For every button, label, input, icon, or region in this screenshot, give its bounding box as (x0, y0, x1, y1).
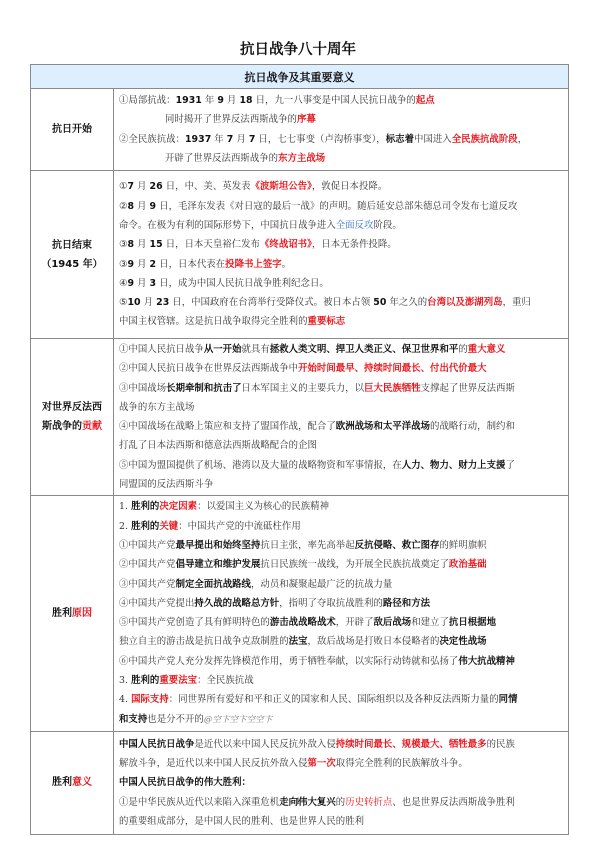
text-run: 月 (224, 95, 240, 106)
text-run: ，开辟了 (336, 617, 374, 628)
content-line: 打乱了日本法西斯和德意法西斯战略配合的企图 (119, 436, 564, 455)
text-run: 月 (134, 181, 150, 192)
row-content: ①7 月 26 日，中、美、英发表《波斯坦公告》，敦促日本投降。②8 月 9 日… (114, 171, 569, 339)
text-run: 1. (119, 501, 131, 512)
content-line: 1. 胜利的决定因素：以爱国主义为核心的民族精神 (119, 497, 564, 516)
text-run: 年 (211, 134, 227, 145)
content-line: ②中国共产党倡导建立和维护发展抗日民族统一战线，为开展全民族抗战奠定了政治基础 (119, 555, 564, 574)
content-line: ④中国共产党提出持久战的战略总方针，指明了夺取抗战胜利的路径和方法 (119, 594, 564, 613)
content-line: 中国人民抗日战争是近代以来中国人民反抗外敌入侵持续时间最长、规模最大、牺牲最多的… (119, 735, 564, 754)
content-line: ①7 月 26 日，中、美、英发表《波斯坦公告》，敦促日本投降。 (119, 177, 564, 196)
table-header: 抗日战争及其重要意义 (31, 65, 569, 89)
bold-text: 欧洲战场和太平洋战场 (336, 421, 430, 432)
text-run: 斯战争的 (42, 421, 82, 432)
row-label-text: 抗日结束 (31, 236, 113, 255)
highlight-text: 东方主战场 (278, 153, 325, 164)
content-line: 开辟了世界反法西斯战争的东方主战场 (119, 149, 564, 168)
text-run: 同时揭开了世界反法西斯战争的 (165, 114, 297, 125)
text-run: 解放斗争，是近代以来中国人民反抗外敌入侵 (119, 758, 308, 769)
text-run: 阶段。 (373, 220, 401, 231)
text-run: 的 (458, 344, 467, 355)
text-run: 的重要组成部分，是中国人民的胜利、也是世界人民的胜利 (119, 816, 364, 827)
bold-text: 标志着 (386, 134, 414, 145)
highlight-text: 巨大民族牺牲 (364, 383, 421, 394)
highlight-text: 全民族抗战阶段 (452, 134, 518, 145)
content-line: 命令。在极为有利的国际形势下，中国抗日战争进入全面反攻阶段。 (119, 216, 564, 235)
text-run: 胜利 (52, 777, 72, 788)
text-run: @空卞空卞空空卞 (204, 715, 272, 725)
text-run: 取得完全胜利的民族解放斗争。 (336, 758, 468, 769)
highlight-text: 重要法宝 (159, 675, 197, 686)
table-row-world-contribution: 对世界反法西 斯战争的贡献 ①中国人民抗日战争从一开始就具有拯救人类文明、捍卫人… (31, 339, 569, 496)
bold-text: 同情 (499, 694, 518, 705)
highlight-text: 意义 (72, 777, 92, 788)
text-run: ：中国共产党的中流砥柱作用 (178, 521, 301, 532)
highlight-text: 投降书上签字 (225, 259, 282, 270)
highlight-text: 第一次 (308, 758, 336, 769)
text-run: 也是分不开的 (147, 714, 204, 725)
bold-text: 23 (156, 297, 169, 308)
text-run: 战争的东方主战场 (119, 402, 194, 413)
text-run: 日，日本天皇裕仁发布 (163, 239, 260, 250)
bold-text: 拯救人类文明、捍卫人类正义、保卫世界和平 (270, 344, 459, 355)
text-run: ，日本无条件投降。 (312, 239, 397, 250)
text-run: 日，九一八事变是中国人民抗日战争的 (253, 95, 416, 106)
bold-text: 游击战战略战术 (270, 617, 336, 628)
text-run: 的鲜明旗帜 (439, 540, 486, 551)
row-label: 抗日结束 （1945 年） (31, 171, 114, 339)
text-run: 日本军国主义的主要兵力，以 (242, 383, 365, 394)
text-run: 全面反攻 (336, 220, 374, 231)
text-run: ①中国人民抗日战争 (119, 344, 204, 355)
table-row-war-end: 抗日结束 （1945 年） ①7 月 26 日，中、美、英发表《波斯坦公告》，敦… (31, 171, 569, 339)
bold-text: 决定性战场 (439, 636, 486, 647)
bold-text: 1931 (176, 95, 202, 106)
table-row-victory-significance: 胜利意义 中国人民抗日战争是近代以来中国人民反抗外敌入侵持续时间最长、规模最大、… (31, 731, 569, 834)
highlight-text: 原因 (72, 608, 92, 619)
content-line: ①中国共产党最早提出和始终坚持抗日主张，率先高举起反抗侵略、救亡图存的鲜明旗帜 (119, 536, 564, 555)
content-line: ③9 月 2 日，日本代表在投降书上签字。 (119, 255, 564, 274)
bold-text: 最早提出和始终坚持 (176, 540, 261, 551)
bold-text: 9 (217, 95, 224, 106)
row-label-text: 胜利原因 (31, 604, 113, 623)
highlight-text: 开始时间最早、持续时间最长、付出代价最大 (298, 363, 487, 374)
content-line: ②8 月 9 日，毛泽东发表《对日寇的最后一战》的声明。随后延安总部朱德总司令发… (119, 197, 564, 216)
text-run: ，动员和凝聚起最广泛的抗战力量 (251, 579, 392, 590)
text-run: ③中国共产党 (119, 579, 176, 590)
bold-text: 15 (150, 239, 163, 250)
text-run: 胜利 (52, 608, 72, 619)
text-run: 日，毛泽东发表《对日寇的最后一战》的声明。随后延安总部朱德总司令发布七道反攻 (156, 201, 517, 212)
bold-text: 26 (150, 181, 163, 192)
text-run: 中国进入 (414, 134, 452, 145)
content-line: ④9 月 3 日，成为中国人民抗日战争胜利纪念日。 (119, 274, 564, 293)
bold-text: 法宝 (289, 636, 308, 647)
text-run: 抗日民族统一战线，为开展全民族抗战奠定了 (260, 559, 449, 570)
content-line: 解放斗争，是近代以来中国人民反抗外敌入侵第一次取得完全胜利的民族解放斗争。 (119, 754, 564, 773)
text-run: 了 (505, 460, 514, 471)
content-line: 和支持也是分不开的@空卞空卞空空卞 (119, 710, 564, 730)
text-run: ②全民族抗战： (119, 134, 185, 145)
text-run: ⑥中国共产党人充分发挥先锋模范作用，勇于牺牲奉献，以实际行动铸就和弘扬了 (119, 656, 458, 667)
text-run: 开辟了世界反法西斯战争的 (165, 153, 278, 164)
bold-text: 胜利的 (131, 521, 159, 532)
content-line: 战争的东方主战场 (119, 398, 564, 417)
text-run: 3. (119, 675, 131, 686)
row-label-text-2: 斯战争的贡献 (31, 417, 113, 436)
content-line: 同盟国的反法西斯斗争 (119, 475, 564, 494)
text-run: 同盟国的反法西斯斗争 (119, 479, 213, 490)
text-run: ，指明了夺取抗战胜利的 (279, 598, 383, 609)
bold-text: 50 (373, 297, 386, 308)
row-label-text: 对世界反法西 (31, 398, 113, 417)
bold-text: 敌后战场 (374, 617, 412, 628)
content-line: 2. 胜利的关键：中国共产党的中流砥柱作用 (119, 517, 564, 536)
text-run: ，敦促日本投降。 (312, 181, 387, 192)
text-run: ③中国战场 (119, 383, 166, 394)
text-run: 支撑起了世界反法西斯 (421, 383, 515, 394)
text-run: 命令。在极为有利的国际形势下，中国抗日战争进入 (119, 220, 336, 231)
text-run: ①中国共产党 (119, 540, 176, 551)
content-line: 中国人民抗日战争的伟大胜利： (119, 773, 564, 792)
table-row-victory-reasons: 胜利原因 1. 胜利的决定因素：以爱国主义为核心的民族精神2. 胜利的关键：中国… (31, 496, 569, 732)
highlight-text: 关键 (159, 521, 178, 532)
text-run: 打乱了日本法西斯和德意法西斯战略配合的企图 (119, 440, 317, 451)
content-line: 4. 国际支持：同世界所有爱好和平和正义的国家和人民、国际组织以及各种反法西斯力… (119, 690, 564, 709)
text-run: 就具有 (242, 344, 270, 355)
bold-text: 中国人民抗日战争的伟大胜利： (119, 777, 251, 788)
bold-text: 胜利的 (131, 675, 159, 686)
text-run: 日，日本代表在 (156, 259, 225, 270)
bold-text: 中国人民抗日战争 (119, 739, 194, 750)
text-run: 月 (141, 297, 157, 308)
highlight-text: 序幕 (297, 114, 316, 125)
row-label: 胜利意义 (31, 731, 114, 834)
text-run: ：同世界所有爱好和平和正义的国家和人民、国际组织以及各种反法西斯力量的 (169, 694, 499, 705)
content-line: ②中国人民抗日战争在世界反法西斯战争中开始时间最早、持续时间最长、付出代价最大 (119, 359, 564, 378)
bold-text: 伟大抗战精神 (458, 656, 515, 667)
bold-text: 和支持 (119, 714, 147, 725)
bold-text: 人力、物力、财力上支援 (402, 460, 506, 471)
text-run: ④中国战场在战略上策应和支持了盟国作战，配合了 (119, 421, 336, 432)
content-line: 同时揭开了世界反法西斯战争的序幕 (119, 110, 564, 129)
bold-text: 胜利的 (131, 501, 159, 512)
content-line: ①局部抗战：1931 年 9 月 18 日，九一八事变是中国人民抗日战争的起点 (119, 91, 564, 110)
content-line: ③8 月 15 日，日本天皇裕仁发布《终战诏书》，日本无条件投降。 (119, 235, 564, 254)
text-run: 日，中、美、英发表 (163, 181, 251, 192)
content-line: ③中国共产党制定全面抗战路线，动员和凝聚起最广泛的抗战力量 (119, 575, 564, 594)
bold-text: 长期牵制和抗击了 (166, 383, 241, 394)
content-line: ③中国战场长期牵制和抗击了日本军国主义的主要兵力，以巨大民族牺牲支撑起了世界反法… (119, 379, 564, 398)
highlight-text: 决定因素 (159, 501, 197, 512)
highlight-text: 起点 (416, 95, 435, 106)
highlight-text: 《终战诏书》 (260, 239, 312, 250)
content-line: ⑤10 月 23 日，中国政府在台湾举行受降仪式。被日本占领 50 年之久的台湾… (119, 293, 564, 312)
text-run: 日，成为中国人民抗日战争胜利纪念日。 (156, 278, 329, 289)
row-label-text: 胜利意义 (31, 773, 113, 792)
text-run: 抗日主张，率先高举起 (260, 540, 354, 551)
text-run: 的民族 (487, 739, 515, 750)
text-run: ， (518, 134, 527, 145)
text-run: ，重归 (503, 297, 531, 308)
content-line: ①中国人民抗日战争从一开始就具有拯救人类文明、捍卫人类正义、保卫世界和平的重大意… (119, 340, 564, 359)
bold-text: 倡导建立和维护发展 (176, 559, 261, 570)
text-run: ②中国人民抗日战争在世界反法西斯战争中 (119, 363, 298, 374)
text-run: 年 (202, 95, 218, 106)
text-run: 2. (119, 521, 131, 532)
text-run: 。 (282, 259, 291, 270)
row-label: 抗日开始 (31, 89, 114, 171)
bold-text: 持久战的战略总方针 (194, 598, 279, 609)
text-run: ，敌后战场是打败日本侵略者的 (308, 636, 440, 647)
highlight-text: 政治基础 (449, 559, 487, 570)
text-run: 是近代以来中国人民反抗外敌入侵 (194, 739, 335, 750)
content-line: ②全民族抗战：1937 年 7 月 7 日，七七事变（卢沟桥事变），标志着中国进… (119, 130, 564, 149)
bold-text: 从一开始 (204, 344, 242, 355)
content-line: ⑥中国共产党人充分发挥先锋模范作用，勇于牺牲奉献，以实际行动铸就和弘扬了伟大抗战… (119, 652, 564, 671)
text-run: ④中国共产党提出 (119, 598, 194, 609)
row-label-text: 抗日开始 (52, 124, 92, 135)
text-run: 月 (134, 239, 150, 250)
text-run: 和建立了 (411, 617, 449, 628)
text-run: 月 (134, 259, 150, 270)
text-run: 的战略行动，制约和 (430, 421, 515, 432)
bold-text: 1937 (185, 134, 211, 145)
highlight-text: 重大意义 (468, 344, 506, 355)
row-content: 中国人民抗日战争是近代以来中国人民反抗外敌入侵持续时间最长、规模最大、牺牲最多的… (114, 731, 569, 834)
highlight-text: 台湾以及澎湖列岛 (427, 297, 502, 308)
text-run: 中国主权管辖。这是抗日战争取得完全胜利的 (119, 316, 308, 327)
content-line: ④中国战场在战略上策应和支持了盟国作战，配合了欧洲战场和太平洋战场的战略行动，制… (119, 417, 564, 436)
text-run: 月 (134, 201, 150, 212)
text-run: ①局部抗战： (119, 95, 176, 106)
text-run: 月 (134, 278, 150, 289)
row-label-year: （1945 年） (31, 255, 113, 274)
row-content: 1. 胜利的决定因素：以爱国主义为核心的民族精神2. 胜利的关键：中国共产党的中… (114, 496, 569, 732)
highlight-text: 《波斯坦公告》 (251, 181, 312, 192)
text-run: ：全民族抗战 (197, 675, 254, 686)
bold-text: 10 (127, 297, 140, 308)
bold-text: 制定全面抗战路线 (176, 579, 251, 590)
summary-table: 抗日战争及其重要意义 抗日开始 ①局部抗战：1931 年 9 月 18 日，九一… (30, 64, 569, 835)
table-row-war-start: 抗日开始 ①局部抗战：1931 年 9 月 18 日，九一八事变是中国人民抗日战… (31, 89, 569, 171)
highlight-text: 国际支持 (131, 694, 169, 705)
bold-text: 反抗侵略、救亡图存 (355, 540, 440, 551)
highlight-text: 持续时间最长、规模最大、牺牲最多 (336, 739, 487, 750)
content-line: ⑤中国为盟国提供了机场、港湾以及大量的战略物资和军事情报，在人力、物力、财力上支… (119, 456, 564, 475)
row-content: ①中国人民抗日战争从一开始就具有拯救人类文明、捍卫人类正义、保卫世界和平的重大意… (114, 339, 569, 496)
text-run: 独立自主的游击战是抗日战争克敌制胜的 (119, 636, 289, 647)
text-run: 日，中国政府在台湾举行受降仪式。被日本占领 (169, 297, 373, 308)
text-run: ：以爱国主义为核心的民族精神 (197, 501, 329, 512)
bold-text: 路径和方法 (383, 598, 430, 609)
bold-text: 18 (239, 95, 252, 106)
page-number: - 1 - (0, 797, 596, 806)
text-run: 年之久的 (386, 297, 427, 308)
content-line: 独立自主的游击战是抗日战争克敌制胜的法宝，敌后战场是打败日本侵略者的决定性战场 (119, 632, 564, 651)
highlight-text: 贡献 (82, 421, 102, 432)
highlight-text: 重要标志 (308, 316, 346, 327)
text-run: 4. (119, 694, 131, 705)
bold-text: 抗日根据地 (449, 617, 496, 628)
row-label: 对世界反法西 斯战争的贡献 (31, 339, 114, 496)
document-title: 抗日战争八十周年 (0, 38, 596, 59)
text-run: ⑤中国共产党创造了具有鲜明特色的 (119, 617, 270, 628)
text-run: 日，七七事变（卢沟桥事变）， (255, 134, 385, 145)
text-run: ⑤中国为盟国提供了机场、港湾以及大量的战略物资和军事情报，在 (119, 460, 402, 471)
content-line: ⑤中国共产党创造了具有鲜明特色的游击战战略战术，开辟了敌后战场和建立了抗日根据地 (119, 613, 564, 632)
text-run: 月 (233, 134, 249, 145)
content-line: 3. 胜利的重要法宝：全民族抗战 (119, 671, 564, 690)
content-line: 中国主权管辖。这是抗日战争取得完全胜利的重要标志 (119, 312, 564, 331)
row-label: 胜利原因 (31, 496, 114, 732)
row-content: ①局部抗战：1931 年 9 月 18 日，九一八事变是中国人民抗日战争的起点同… (114, 89, 569, 171)
text-run: ②中国共产党 (119, 559, 176, 570)
content-line: 的重要组成部分，是中国人民的胜利、也是世界人民的胜利 (119, 812, 564, 831)
